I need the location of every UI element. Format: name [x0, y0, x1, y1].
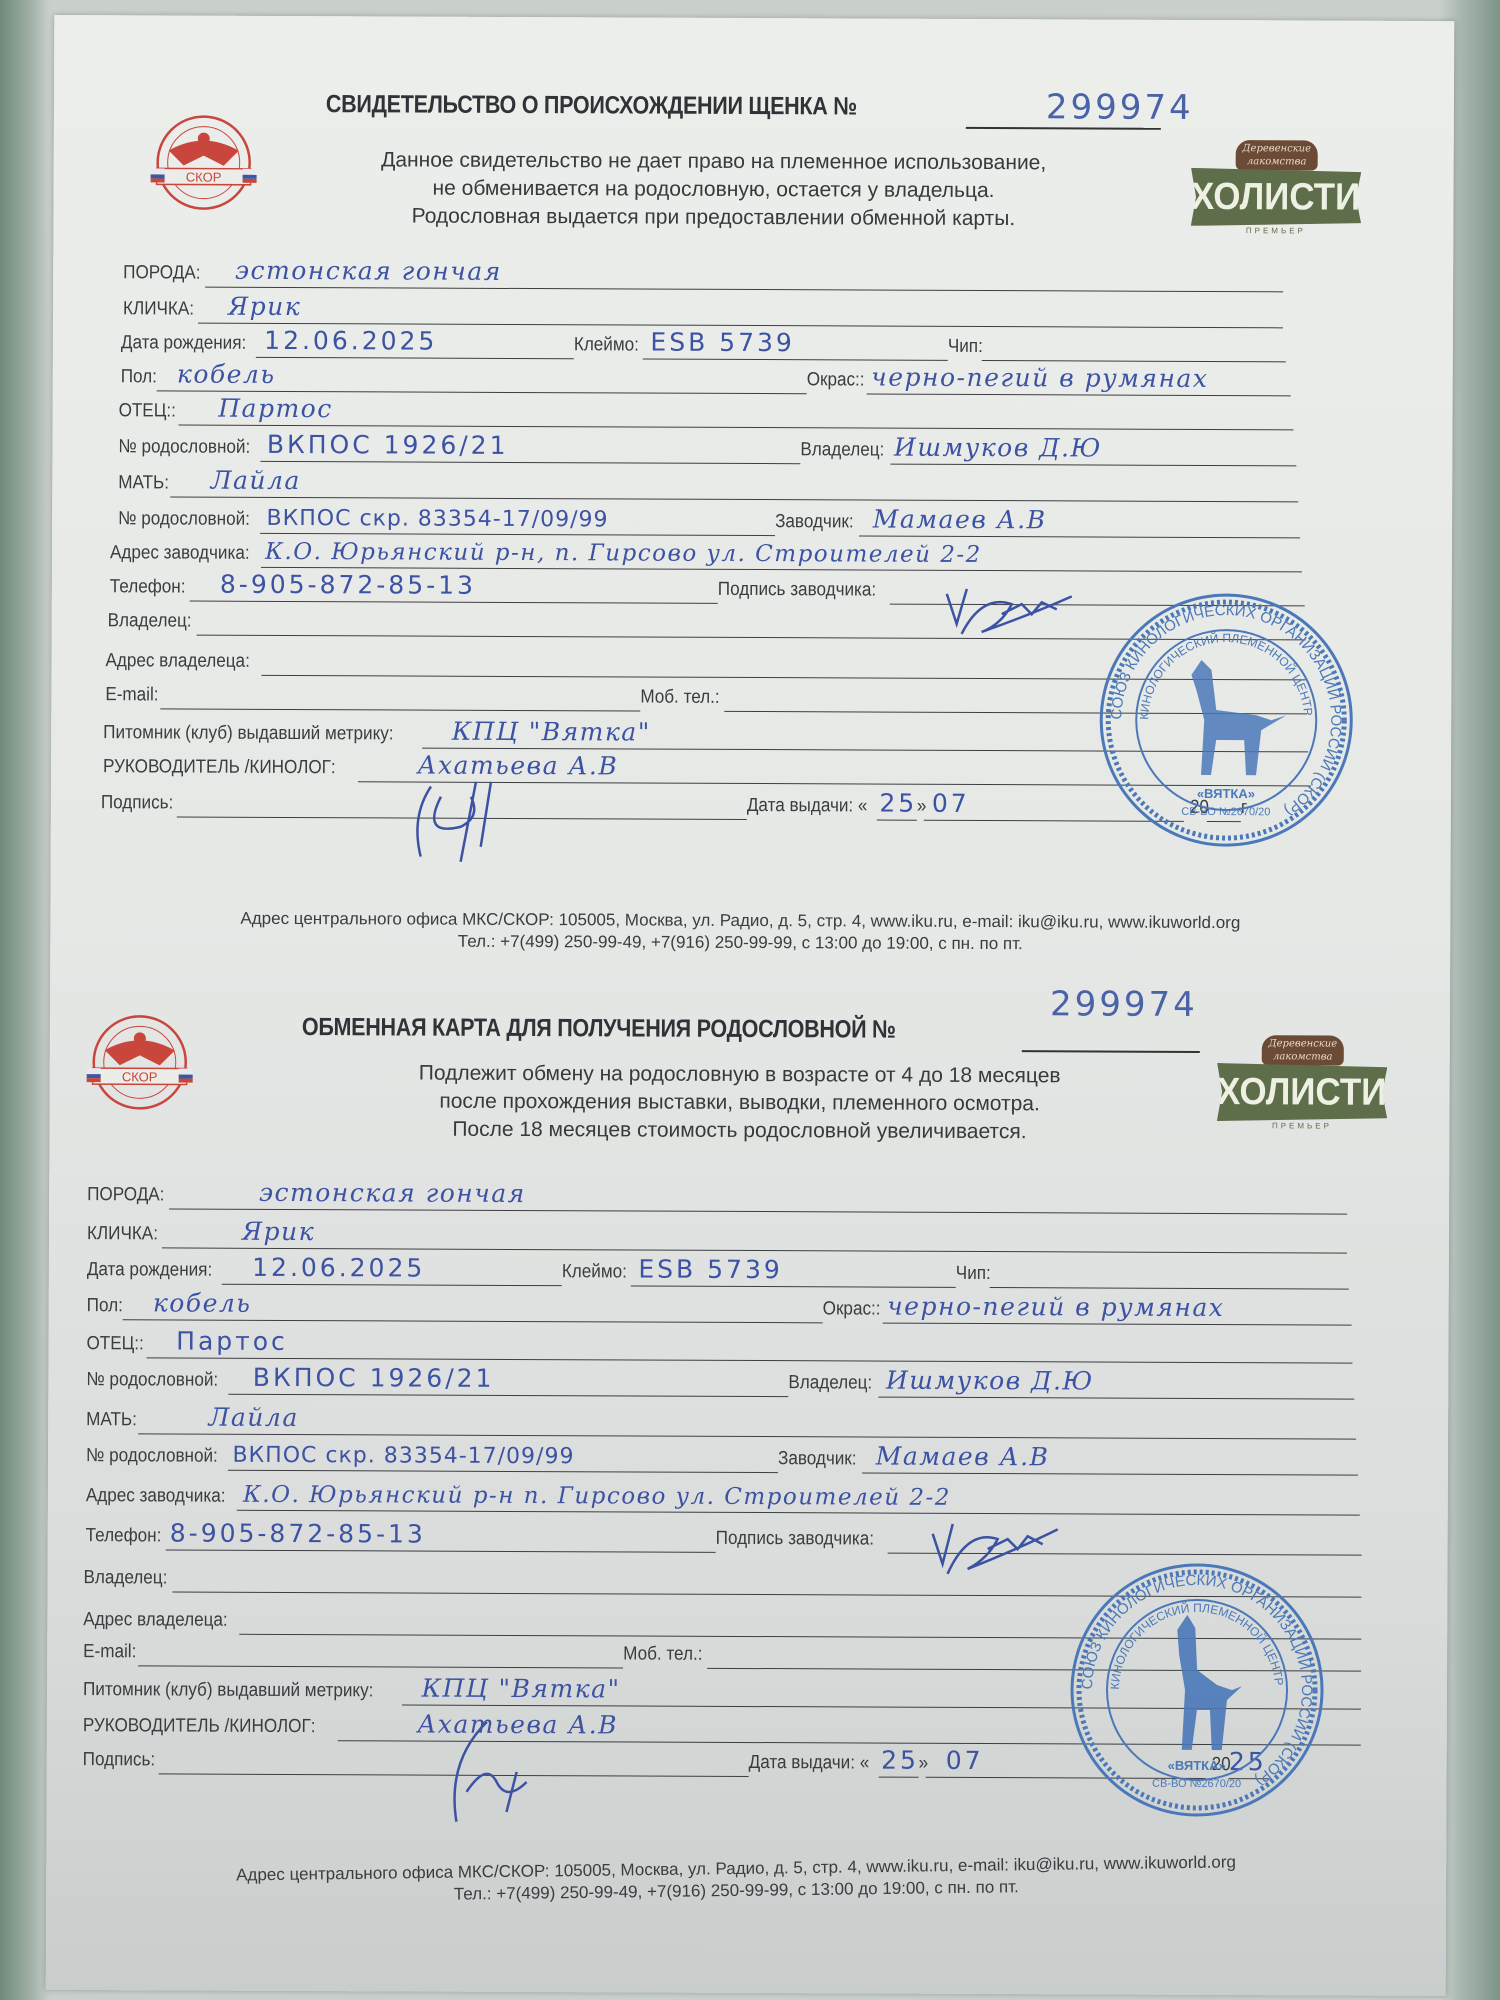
father-value[interactable]: Партос — [218, 394, 333, 423]
sex-value[interactable]: кобель — [177, 359, 276, 388]
brand-value[interactable]: ESB 5739 — [638, 1255, 783, 1285]
field-phone-breeder-signature: Телефон: 8-905-872-85-13 Подпись заводчи… — [86, 1516, 1362, 1556]
exchange-card-number[interactable]: 299974 — [1050, 984, 1198, 1025]
kennel-value[interactable]: КПЦ "Вятка" — [422, 1674, 621, 1704]
issue-day-value[interactable]: 25 — [879, 789, 917, 818]
field-breeder-address: Адрес заводчика: К.О. Юрьянский р-н, п. … — [110, 533, 1302, 572]
breed-value[interactable]: эстонская гончая — [235, 256, 502, 286]
svg-text:СКОР: СКОР — [186, 170, 222, 185]
certificate-footer: Адрес центрального офиса МКС/СКОР: 10500… — [120, 907, 1360, 956]
svg-text:«ВЯТКА»: «ВЯТКА» — [1197, 786, 1255, 801]
field-father: ОТЕЦ:: Партос — [119, 391, 1294, 430]
owner-top-value[interactable]: Ишмуков Д.Ю — [886, 1366, 1094, 1396]
exchange-card-title: ОБМЕННАЯ КАРТА ДЛЯ ПОЛУЧЕНИЯ РОДОСЛОВНОЙ… — [302, 1013, 896, 1045]
color-value[interactable]: черно-пегий в румянах — [871, 363, 1208, 393]
puppy-certificate: СКОР СВИДЕТЕЛЬСТВО О ПРОИСХОЖДЕНИИ ЩЕНКА… — [50, 35, 1454, 961]
head-signature-icon — [426, 1712, 557, 1833]
name-value[interactable]: Ярик — [228, 292, 301, 321]
mother-pedigree-value[interactable]: ВКПОС скр. 83354-17/09/99 — [267, 506, 609, 532]
father-value[interactable]: Партос — [176, 1326, 288, 1355]
breeder-address-value[interactable]: К.О. Юрьянский р-н п. Гирсово ул. Строит… — [243, 1482, 951, 1511]
breeder-value[interactable]: Мамаев А.В — [873, 505, 1047, 535]
breed-value[interactable]: эстонская гончая — [259, 1178, 526, 1208]
skor-logo-icon: СКОР — [74, 1010, 204, 1121]
phone-value[interactable]: 8-905-872-85-13 — [170, 1518, 426, 1548]
phone-value[interactable]: 8-905-872-85-13 — [220, 570, 476, 600]
field-father-pedigree-owner: № родословной: ВКПОС 1926/21 Владелец: И… — [118, 427, 1296, 466]
exchange-card: СКОР ОБМЕННАЯ КАРТА ДЛЯ ПОЛУЧЕНИЯ РОДОСЛ… — [46, 970, 1450, 1976]
father-pedigree-value[interactable]: ВКПОС 1926/21 — [267, 430, 509, 460]
field-breed: ПОРОДА: эстонская гончая — [87, 1175, 1347, 1214]
sex-value[interactable]: кобель — [153, 1288, 252, 1317]
breeder-address-value[interactable]: К.О. Юрьянский р-н, п. Гирсово ул. Строи… — [265, 539, 982, 568]
kennel-stamp-icon: СОЮЗ КИНОЛОГИЧЕСКИХ ОРГАНИЗАЦИЙ РОССИИ (… — [1066, 1559, 1327, 1820]
svg-text:«ВЯТКА»: «ВЯТКА» — [1168, 1758, 1226, 1773]
field-mother: МАТЬ: Лайла — [118, 463, 1298, 502]
svg-text:СКОР: СКОР — [122, 1069, 158, 1084]
breeder-signature-icon — [942, 584, 1092, 645]
holistic-logo-icon: Деревенские лакомства ХОЛИСТИК ПРЕМЬЕР — [1209, 1035, 1394, 1141]
issue-day-value[interactable]: 25 — [881, 1746, 919, 1775]
skor-logo-icon: СКОР — [138, 110, 268, 221]
field-mother: МАТЬ: Лайла — [86, 1400, 1356, 1440]
head-signature-icon — [401, 776, 521, 867]
color-value[interactable]: черно-пегий в румянах — [887, 1292, 1224, 1322]
field-sex-color: Пол: кобель Окрас:: черно-пегий в румяна… — [121, 357, 1291, 396]
breeder-signature-icon — [927, 1514, 1077, 1585]
field-breed: ПОРОДА: эстонская гончая — [123, 253, 1283, 292]
svg-text:СВ-ВО №2670/20: СВ-ВО №2670/20 — [1181, 806, 1270, 818]
field-sex-color: Пол: кобель Окрас:: черно-пегий в румяна… — [87, 1286, 1352, 1326]
certificate-title: СВИДЕТЕЛЬСТВО О ПРОИСХОЖДЕНИИ ЩЕНКА № — [326, 90, 857, 121]
brand-value[interactable]: ESB 5739 — [650, 328, 795, 358]
exchange-notice: Подлежит обмену на родословную в возраст… — [309, 1059, 1169, 1147]
issue-month-value[interactable]: 07 — [932, 789, 970, 818]
mother-pedigree-value[interactable]: ВКПОС скр. 83354-17/09/99 — [232, 1443, 574, 1469]
mother-value[interactable]: Лайла — [209, 1403, 299, 1432]
field-birth-brand-chip: Дата рождения: 12.06.2025 Клеймо: ESB 57… — [121, 323, 1286, 362]
svg-text:КИНОЛОГИЧЕСКИЙ ПЛЕМЕННОЙ ЦЕНТР: КИНОЛОГИЧЕСКИЙ ПЛЕМЕННОЙ ЦЕНТР — [1137, 630, 1315, 721]
birth-date-value[interactable]: 12.06.2025 — [252, 1253, 425, 1283]
issue-month-value[interactable]: 07 — [946, 1746, 984, 1775]
document-sheet: СКОР СВИДЕТЕЛЬСТВО О ПРОИСХОЖДЕНИИ ЩЕНКА… — [46, 15, 1455, 1996]
certificate-number[interactable]: 299974 — [1046, 87, 1194, 128]
kennel-value[interactable]: КПЦ "Вятка" — [452, 717, 651, 747]
birth-date-value[interactable]: 12.06.2025 — [264, 326, 437, 356]
certificate-notice: Данное свидетельство не дает право на пл… — [283, 146, 1143, 234]
kennel-stamp-icon: СОЮЗ КИНОЛОГИЧЕСКИХ ОРГАНИЗАЦИЙ РОССИИ (… — [1096, 590, 1357, 851]
name-value[interactable]: Ярик — [242, 1217, 315, 1246]
breeder-value[interactable]: Мамаев А.В — [876, 1442, 1050, 1472]
mother-value[interactable]: Лайла — [211, 466, 301, 495]
field-father: ОТЕЦ:: Партос — [86, 1324, 1352, 1364]
field-birth-brand-chip: Дата рождения: 12.06.2025 Клеймо: ESB 57… — [87, 1250, 1349, 1290]
owner-top-value[interactable]: Ишмуков Д.Ю — [894, 433, 1102, 463]
field-breeder-address: Адрес заводчика: К.О. Юрьянский р-н п. Г… — [86, 1476, 1360, 1516]
father-pedigree-value[interactable]: ВКПОС 1926/21 — [253, 1363, 495, 1393]
field-mother-pedigree-breeder: № родословной: ВКПОС скр. 83354-17/09/99… — [86, 1436, 1358, 1476]
svg-text:СВ-ВО №2670/20: СВ-ВО №2670/20 — [1152, 1778, 1241, 1790]
field-mother-pedigree-breeder: № родословной: ВКПОС скр. 83354-17/09/99… — [118, 499, 1300, 538]
field-name: КЛИЧКА: Ярик — [87, 1214, 1347, 1253]
exchange-number-line — [1022, 1022, 1200, 1053]
holistic-logo-icon: Деревенские лакомства ХОЛИСТИК ПРЕМЬЕР — [1183, 140, 1368, 246]
field-father-pedigree-owner: № родословной: ВКПОС 1926/21 Владелец: И… — [86, 1360, 1354, 1400]
field-name: КЛИЧКА: Ярик — [123, 289, 1283, 328]
exchange-card-footer: Адрес центрального офиса МКС/СКОР: 10500… — [86, 1849, 1386, 1910]
